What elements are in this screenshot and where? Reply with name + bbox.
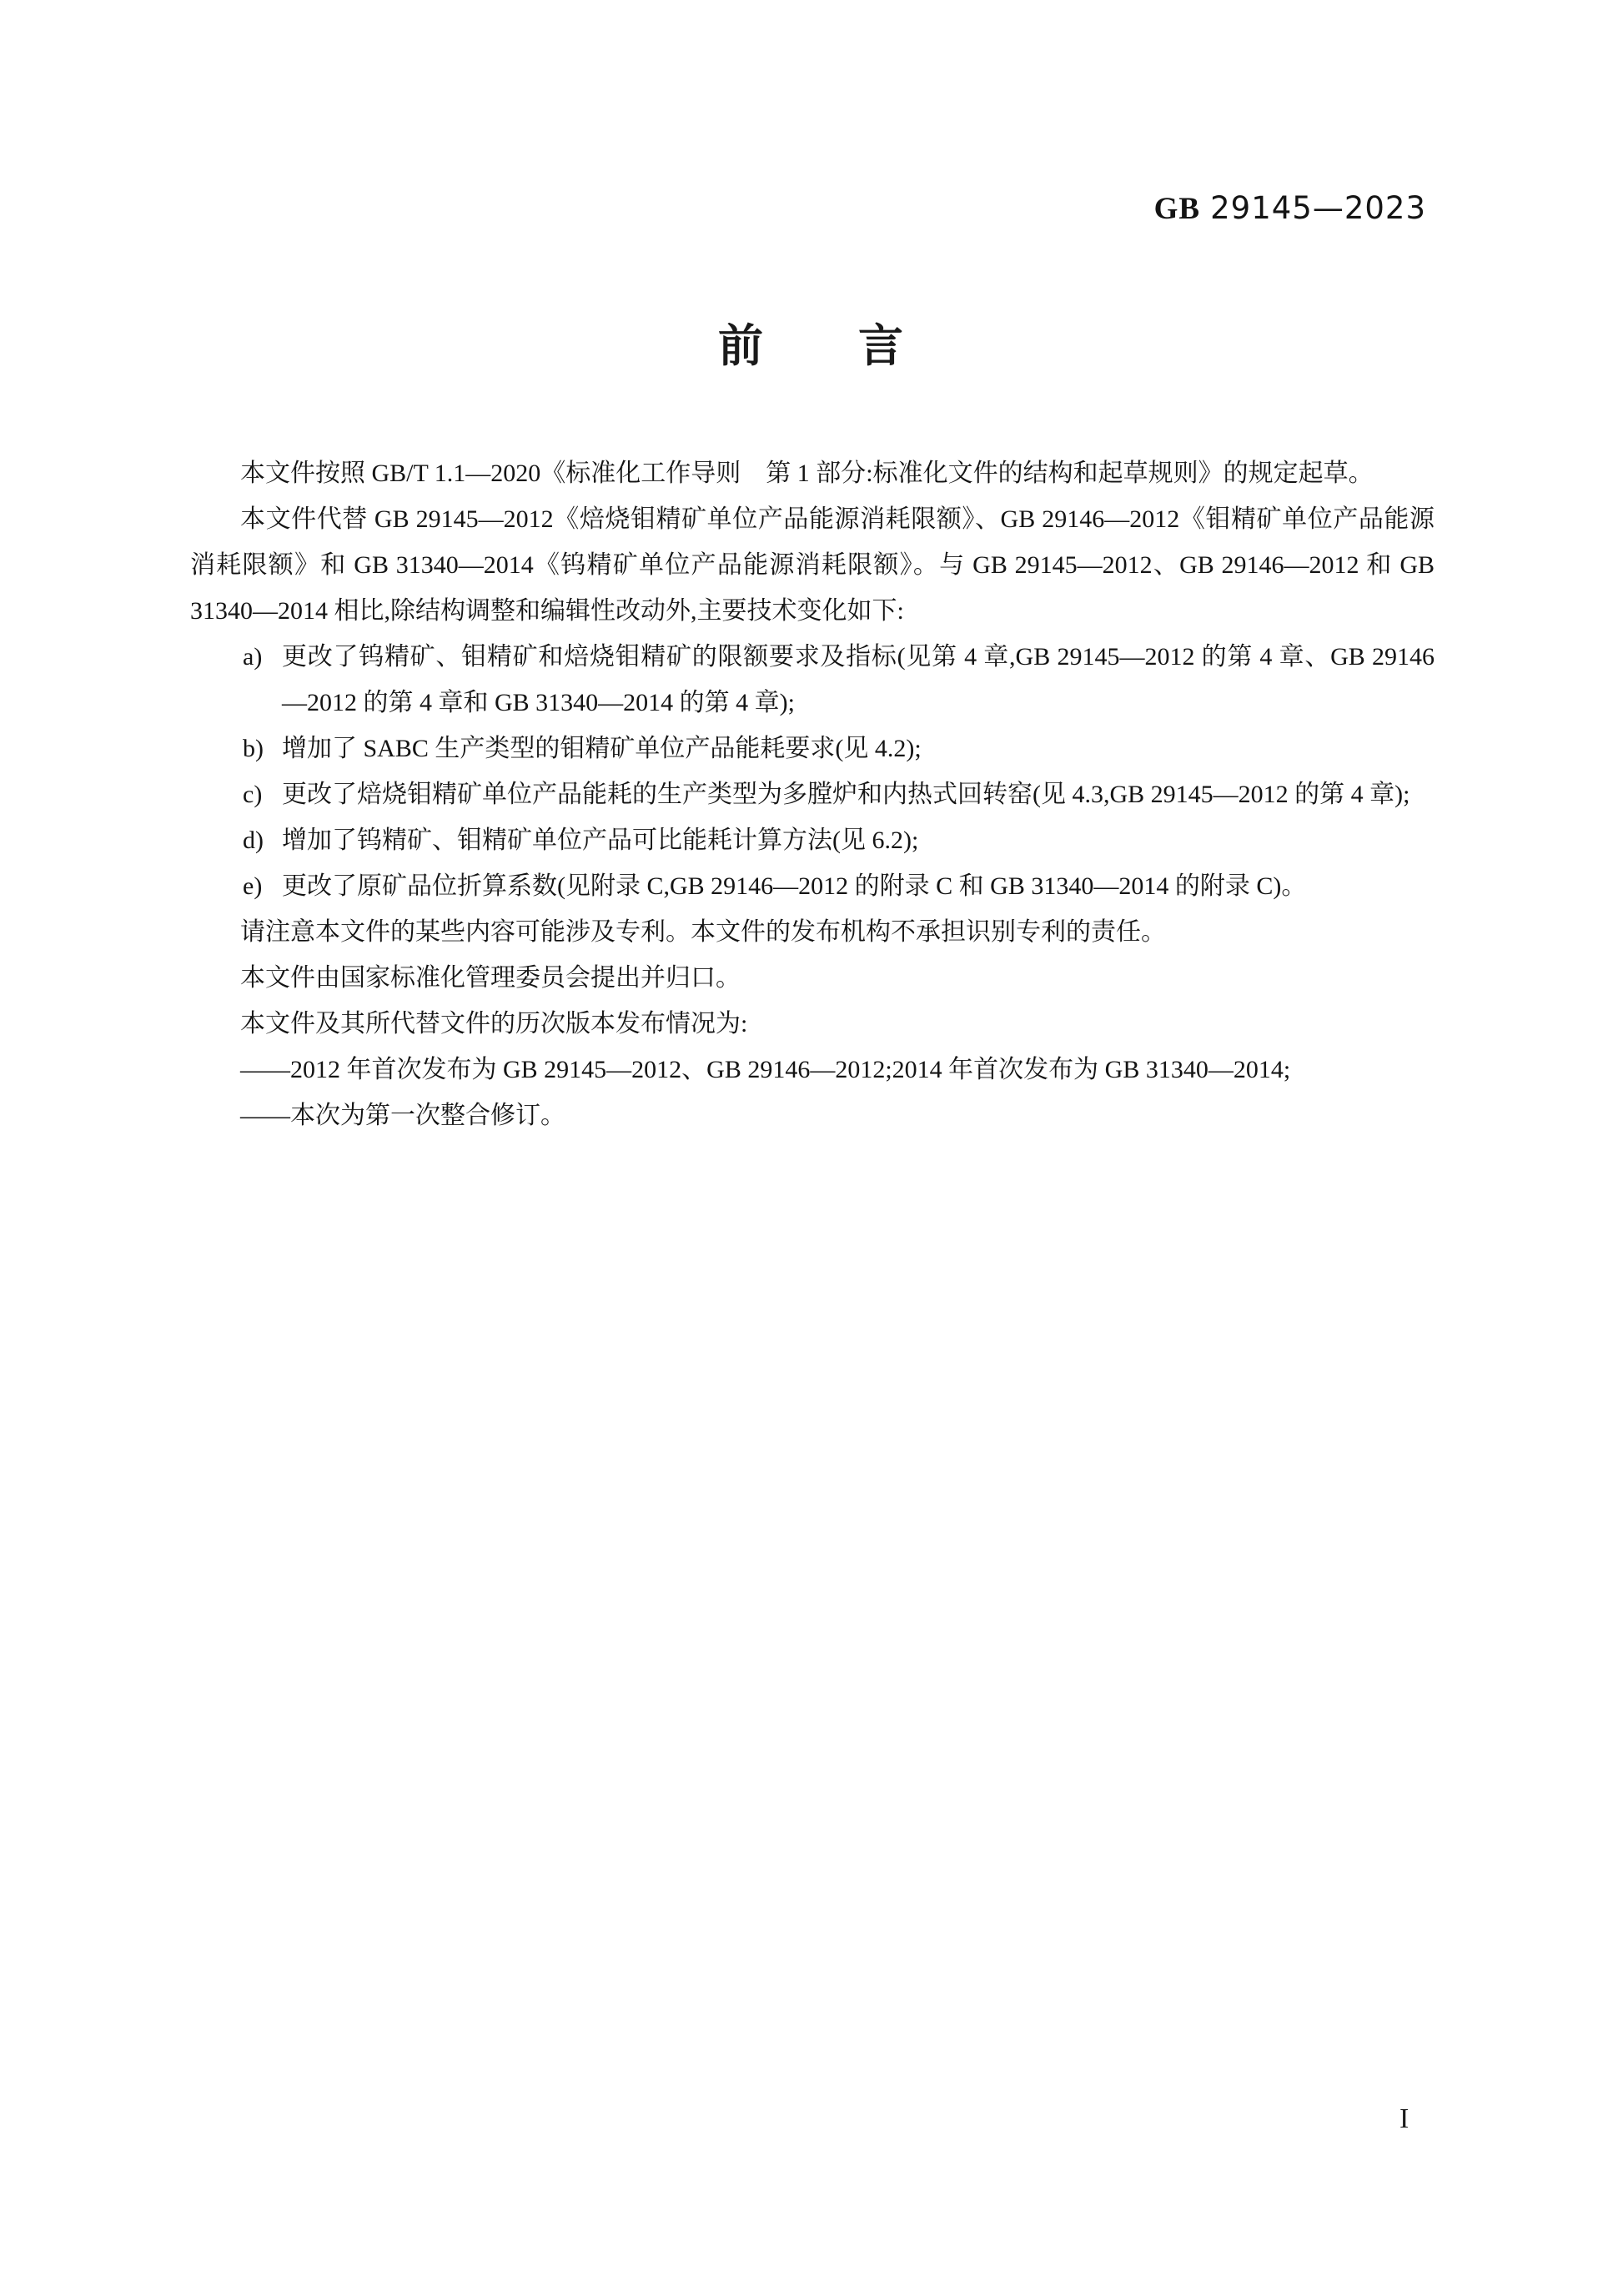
list-item-e: e) 更改了原矿品位折算系数(见附录 C,GB 29146—2012 的附录 C…	[190, 863, 1435, 909]
document-body: 本文件按照 GB/T 1.1—2020《标准化工作导则 第 1 部分:标准化文件…	[190, 450, 1435, 1138]
list-item-text: 增加了钨精矿、钼精矿单位产品可比能耗计算方法(见 6.2);	[282, 826, 918, 854]
page-title: 前 言	[0, 310, 1623, 374]
list-item-label: e)	[243, 863, 262, 909]
standard-code: GB29145—2023	[1154, 190, 1426, 227]
history-line: ——2012 年首次发布为 GB 29145—2012、GB 29146—201…	[190, 1047, 1435, 1093]
paragraph-history-intro: 本文件及其所代替文件的历次版本发布情况为:	[190, 1001, 1435, 1047]
list-item-a: a) 更改了钨精矿、钼精矿和焙烧钼精矿的限额要求及指标(见第 4 章,GB 29…	[190, 634, 1435, 726]
document-page: GB29145—2023 前 言 本文件按照 GB/T 1.1—2020《标准化…	[0, 0, 1623, 2296]
list-item-c: c) 更改了焙烧钼精矿单位产品能耗的生产类型为多膛炉和内热式回转窑(见 4.3,…	[190, 771, 1435, 817]
list-item-text: 更改了焙烧钼精矿单位产品能耗的生产类型为多膛炉和内热式回转窑(见 4.3,GB …	[282, 781, 1410, 808]
paragraph-basis: 本文件按照 GB/T 1.1—2020《标准化工作导则 第 1 部分:标准化文件…	[190, 450, 1435, 496]
list-item-d: d) 增加了钨精矿、钼精矿单位产品可比能耗计算方法(见 6.2);	[190, 817, 1435, 863]
history-line: ——本次为第一次整合修订。	[190, 1093, 1435, 1138]
standard-code-number: 29145—2023	[1210, 190, 1426, 226]
standard-code-prefix: GB	[1154, 192, 1200, 226]
paragraph-patent-notice: 请注意本文件的某些内容可能涉及专利。本文件的发布机构不承担识别专利的责任。	[190, 909, 1435, 955]
list-item-text: 更改了钨精矿、钼精矿和焙烧钼精矿的限额要求及指标(见第 4 章,GB 29145…	[282, 643, 1435, 716]
list-item-text: 更改了原矿品位折算系数(见附录 C,GB 29146—2012 的附录 C 和 …	[282, 872, 1306, 900]
list-item-label: d)	[243, 817, 264, 863]
list-item-b: b) 增加了 SABC 生产类型的钼精矿单位产品能耗要求(见 4.2);	[190, 726, 1435, 771]
paragraph-issuer: 本文件由国家标准化管理委员会提出并归口。	[190, 955, 1435, 1001]
list-item-text: 增加了 SABC 生产类型的钼精矿单位产品能耗要求(见 4.2);	[282, 735, 922, 762]
list-item-label: c)	[243, 771, 262, 817]
list-item-label: a)	[243, 634, 262, 680]
list-item-label: b)	[243, 726, 264, 771]
page-number: I	[1399, 2103, 1409, 2135]
paragraph-replaces: 本文件代替 GB 29145—2012《焙烧钼精矿单位产品能源消耗限额》、GB …	[190, 496, 1435, 634]
